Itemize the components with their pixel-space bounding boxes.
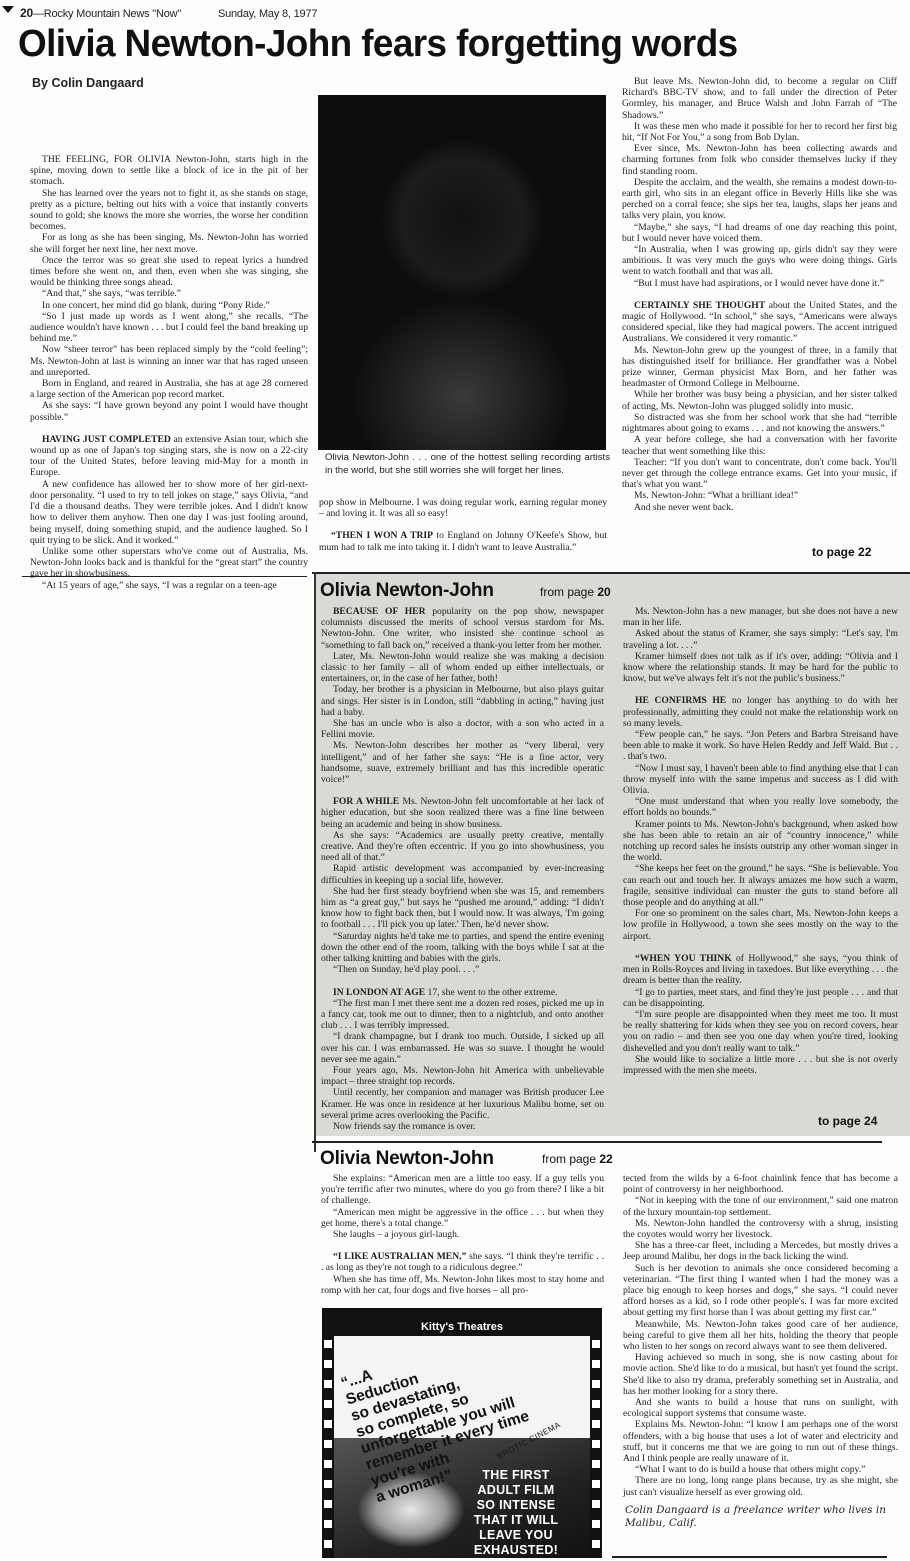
paragraph: Unlike some other superstars who've come…: [30, 546, 308, 580]
paragraph-text: Born in England, and reared in Australia…: [30, 378, 308, 400]
paragraph-text: Until recently, her companion and manage…: [321, 1087, 604, 1120]
paragraph: “In Australia, when I was growing up, gi…: [622, 244, 897, 278]
paragraph: Later, Ms. Newton-John would realize she…: [321, 651, 604, 685]
from-page-label: from page: [542, 1152, 596, 1166]
paragraph-text: “Maybe,” she says, “I had dreams of one …: [622, 222, 897, 244]
paragraph-text: “I go to parties, meet stars, and find t…: [623, 987, 898, 1009]
paragraph: “She keeps her feet on the ground,” he s…: [623, 863, 898, 908]
paragraph: THE FEELING, FOR OLIVIA Newton-John, sta…: [30, 154, 308, 188]
from-page-number: 20: [597, 585, 610, 599]
article-column-3: But leave Ms. Newton-John did, to become…: [622, 76, 897, 513]
paragraph-text: Ms. Newton-John handled the controversy …: [623, 1218, 898, 1240]
paragraph-text: “She keeps her feet on the ground,” he s…: [623, 863, 898, 908]
paragraph-text: When she has time off, Ms. Newton-John l…: [321, 1274, 604, 1296]
paragraph: Teacher: “If you don't want to concentra…: [622, 457, 897, 491]
issue-date: Sunday, May 8, 1977: [218, 8, 317, 20]
paragraph: When she has time off, Ms. Newton-John l…: [321, 1274, 604, 1296]
page-marker-icon: [2, 6, 14, 13]
paragraph: A new confidence has allowed her to show…: [30, 479, 308, 546]
paragraph-text: A year before college, she had a convers…: [622, 434, 897, 456]
paragraph: Today, her brother is a physician in Mel…: [321, 684, 604, 718]
paragraph-text: As she says: “I have grown beyond any po…: [30, 400, 308, 422]
paragraph: She would like to socialize a little mor…: [623, 1054, 898, 1076]
paragraph-text: Ms. Newton-John has a new manager, but s…: [623, 606, 898, 628]
paragraph: Meanwhile, Ms. Newton-John takes good ca…: [623, 1319, 898, 1353]
paragraph-text: Ms. Newton-John: “What a brilliant idea!…: [634, 490, 798, 501]
paragraph-text: “Saturday nights he'd take me to parties…: [321, 931, 604, 964]
continuation-2-right-column: tected from the wilds by a 6-foot chainl…: [623, 1173, 898, 1498]
paragraph: “Few people can,” he says. “Jon Peters a…: [623, 729, 898, 763]
paragraph-text: Unlike some other superstars who've come…: [30, 546, 308, 579]
paragraph: Until recently, her companion and manage…: [321, 1087, 604, 1121]
paragraph-text: “In Australia, when I was growing up, gi…: [622, 244, 897, 277]
sprocket-hole-icon: [324, 1480, 332, 1488]
paragraph: Ms. Newton-John grew up the youngest of …: [622, 345, 897, 390]
sprocket-hole-icon: [324, 1360, 332, 1368]
sprocket-hole-icon: [592, 1520, 600, 1528]
paragraph-text: “Not in keeping with the tone of our env…: [623, 1195, 898, 1217]
paragraph: She has learned over the years not to fi…: [30, 188, 308, 233]
paragraph: Rapid artistic development was accompani…: [321, 863, 604, 885]
paragraph-text: Meanwhile, Ms. Newton-John takes good ca…: [623, 1319, 898, 1352]
paragraph: As she says: “I have grown beyond any po…: [30, 400, 308, 422]
paragraph: “I go to parties, meet stars, and find t…: [623, 987, 898, 1009]
paragraph: “But I must have had aspirations, or I w…: [622, 278, 897, 289]
paragraph-text: “But I must have had aspirations, or I w…: [634, 278, 884, 289]
sprocket-hole-icon: [592, 1540, 600, 1548]
paragraph: And she wants to build a house that runs…: [623, 1397, 898, 1419]
paragraph-text: She had her first steady boyfriend when …: [321, 886, 604, 931]
paragraph: Ever since, Ms. Newton-John has been col…: [622, 143, 897, 177]
paragraph: “The first man I met there sent me a doz…: [321, 998, 604, 1032]
paragraph-text: Later, Ms. Newton-John would realize she…: [321, 651, 604, 684]
publication-name: Rocky Mountain News "Now": [44, 8, 181, 20]
paragraph-lead-in: “WHEN YOU THINK: [635, 953, 732, 964]
ad-slogan: THE FIRST ADULT FILM SO INTENSE THAT IT …: [456, 1468, 576, 1558]
paragraph: Having achieved so much in song, she is …: [623, 1352, 898, 1397]
paragraph: Asked about the status of Kramer, she sa…: [623, 628, 898, 650]
paragraph-text: “One must understand that when you reall…: [623, 796, 898, 818]
paragraph: While her brother was busy being a physi…: [622, 389, 897, 411]
jump-page-number: 24: [864, 1114, 877, 1128]
paragraph-text: She would like to socialize a little mor…: [623, 1054, 898, 1076]
page-number: 20: [20, 6, 33, 20]
paragraph-text: A new confidence has allowed her to show…: [30, 479, 308, 546]
paragraph-text: Now “sheer terror” has been replaced sim…: [30, 344, 308, 377]
paragraph-text: Explains Ms. Newton-John: “I know I am p…: [623, 1419, 898, 1464]
paragraph: “Maybe,” she says, “I had dreams of one …: [622, 222, 897, 244]
paragraph-text: Having achieved so much in song, she is …: [623, 1352, 898, 1397]
paragraph-text: “So I just made up words as I went along…: [30, 311, 308, 344]
paragraph: “Saturday nights he'd take me to parties…: [321, 931, 604, 965]
paragraph: “So I just made up words as I went along…: [30, 311, 308, 345]
paragraph-text: In one concert, her mind did go blank, d…: [42, 300, 270, 311]
continuation-1-head: Olivia Newton-John: [320, 580, 494, 602]
paragraph-text: And she never went back.: [634, 502, 733, 513]
sprocket-hole-icon: [592, 1420, 600, 1428]
paragraph: Ms. Newton-John describes her mother as …: [321, 740, 604, 785]
paragraph-text: tected from the wilds by a 6-foot chainl…: [623, 1173, 898, 1195]
paragraph-text: Asked about the status of Kramer, she sa…: [623, 628, 898, 650]
paragraph-lead-in: HE CONFIRMS HE: [635, 695, 726, 706]
paragraph: “And that,” she says, “was terrible.”: [30, 288, 308, 299]
paragraph: Despite the acclaim, and the wealth, she…: [622, 177, 897, 222]
paragraph: Such is her devotion to animals she once…: [623, 1263, 898, 1319]
paragraph-text: Kramer himself does not talk as if it's …: [623, 651, 898, 684]
paragraph: So distracted was she from her school wo…: [622, 412, 897, 434]
paragraph-text: Ms. Newton-John grew up the youngest of …: [622, 345, 897, 390]
sprocket-hole-icon: [324, 1460, 332, 1468]
paragraph: “WHEN YOU THINK of Hollywood,” she says,…: [623, 953, 898, 987]
paragraph: Kramer points to Ms. Newton-John's backg…: [623, 819, 898, 864]
sprocket-hole-icon: [324, 1400, 332, 1408]
paragraph-text: THE FEELING, FOR OLIVIA Newton-John, sta…: [30, 154, 308, 187]
paragraph: As she says: “Academics are usually pret…: [321, 830, 604, 864]
paragraph-text: Ms. Newton-John describes her mother as …: [321, 740, 604, 785]
paragraph: A year before college, she had a convers…: [622, 434, 897, 456]
paragraph-text: For one so prominent on the sales chart,…: [623, 908, 898, 941]
paragraph: CERTAINLY SHE THOUGHT about the United S…: [622, 300, 897, 345]
paragraph-text: Kramer points to Ms. Newton-John's backg…: [623, 819, 898, 864]
paragraph-text: “Now I must say, I haven't been able to …: [623, 763, 898, 796]
paragraph: She has an uncle who is also a doctor, w…: [321, 718, 604, 740]
paragraph: “I LIKE AUSTRALIAN MEN,” she says. “I th…: [321, 1251, 604, 1273]
paragraph: “I drank champagne, but I drank too much…: [321, 1031, 604, 1065]
photo-caption: Olivia Newton-John . . . one of the hott…: [325, 452, 610, 477]
paragraph: For one so prominent on the sales chart,…: [623, 908, 898, 942]
paragraph: She has a three-car fleet, including a M…: [623, 1240, 898, 1262]
sprocket-hole-icon: [592, 1360, 600, 1368]
paragraph-lead-in: CERTAINLY SHE THOUGHT: [634, 300, 765, 311]
jump-to-page-link[interactable]: to page 22: [812, 545, 871, 559]
paragraph-text: “I drank champagne, but I drank too much…: [321, 1031, 604, 1064]
author-tagline: Colin Dangaard is a freelance writer who…: [625, 1504, 895, 1530]
sprocket-hole-icon: [592, 1460, 600, 1468]
sprocket-hole-icon: [324, 1380, 332, 1388]
sprocket-hole-icon: [324, 1500, 332, 1508]
paragraph-text: Four years ago, Ms. Newton-John hit Amer…: [321, 1065, 604, 1087]
paragraph: For as long as she has been singing, Ms.…: [30, 232, 308, 254]
paragraph: Kramer himself does not talk as if it's …: [623, 651, 898, 685]
paragraph-lead-in: BECAUSE OF HER: [333, 606, 426, 617]
paragraph-text: “At 15 years of age,” she says, “I was a…: [42, 580, 277, 591]
sprocket-hole-icon: [324, 1540, 332, 1548]
paragraph-text: So distracted was she from her school wo…: [622, 412, 897, 434]
folio-dash: —: [33, 8, 44, 20]
paragraph: “Not in keeping with the tone of our env…: [623, 1195, 898, 1217]
paragraph: She laughs – a joyous girl-laugh.: [321, 1229, 604, 1240]
paragraph: “One must understand that when you reall…: [623, 796, 898, 818]
folio: 20—Rocky Mountain News "Now" Sunday, May…: [20, 6, 317, 20]
jump-page-number: 22: [858, 545, 871, 559]
bottom-rule: [612, 1556, 887, 1558]
paragraph: tected from the wilds by a 6-foot chainl…: [623, 1173, 898, 1195]
paragraph-text: And she wants to build a house that runs…: [623, 1397, 898, 1419]
paragraph-lead-in: FOR A WHILE: [333, 796, 399, 807]
paragraph: Ms. Newton-John handled the controversy …: [623, 1218, 898, 1240]
paragraph: She explains: “American men are a little…: [321, 1173, 604, 1207]
paragraph-text: 17, she went to the other extreme.: [425, 987, 557, 998]
paragraph-text: Such is her devotion to animals she once…: [623, 1263, 898, 1319]
paragraph: Four years ago, Ms. Newton-John hit Amer…: [321, 1065, 604, 1087]
paragraph: Ms. Newton-John has a new manager, but s…: [623, 606, 898, 628]
paragraph-lead-in: HAVING JUST COMPLETED: [42, 434, 171, 445]
paragraph-text: For as long as she has been singing, Ms.…: [30, 232, 308, 254]
paragraph-text: pop show in Melbourne. I was doing regul…: [319, 497, 607, 519]
sprocket-hole-icon: [324, 1440, 332, 1448]
paragraph: FOR A WHILE Ms. Newton-John felt uncomfo…: [321, 796, 604, 830]
paragraph: Once the terror was so great she used to…: [30, 255, 308, 289]
paragraph: But leave Ms. Newton-John did, to become…: [622, 76, 897, 121]
paragraph: In one concert, her mind did go blank, d…: [30, 300, 308, 311]
paragraph-text: She has learned over the years not to fi…: [30, 188, 308, 233]
paragraph: Explains Ms. Newton-John: “I know I am p…: [623, 1419, 898, 1464]
paragraph: It was these men who made it possible fo…: [622, 121, 897, 143]
paragraph: HAVING JUST COMPLETED an extensive Asian…: [30, 434, 308, 479]
from-page-label: from page: [540, 585, 594, 599]
paragraph-text: She has a three-car fleet, including a M…: [623, 1240, 898, 1262]
sprocket-hole-icon: [592, 1440, 600, 1448]
jump-label: to page: [818, 1114, 861, 1128]
section-divider-2: [312, 1141, 882, 1143]
ad-frame: Kitty's Theatres “...A Seduction so deva…: [334, 1318, 590, 1558]
sprocket-hole-icon: [592, 1500, 600, 1508]
sprocket-hole-icon: [324, 1520, 332, 1528]
continuation-1-right-column: Ms. Newton-John has a new manager, but s…: [623, 606, 898, 1076]
from-page-number: 22: [599, 1152, 612, 1166]
paragraph-text: She has an uncle who is also a doctor, w…: [321, 718, 604, 740]
from-page-marker-2: from page 22: [542, 1152, 613, 1166]
continuation-1-left-column: BECAUSE OF HER popularity on the pop sho…: [321, 606, 604, 1132]
paragraph: “American men might be aggressive in the…: [321, 1207, 604, 1229]
paragraph-text: Ever since, Ms. Newton-John has been col…: [622, 143, 897, 176]
paragraph-text: She laughs – a joyous girl-laugh.: [333, 1229, 459, 1240]
paragraph-text: Teacher: “If you don't want to concentra…: [622, 457, 897, 490]
paragraph-text: While her brother was busy being a physi…: [622, 389, 897, 411]
from-page-marker-1: from page 20: [540, 585, 611, 599]
sprocket-hole-icon: [324, 1340, 332, 1348]
paragraph-text: Today, her brother is a physician in Mel…: [321, 684, 604, 717]
paragraph-text: “I'm sure people are disappointed when t…: [623, 1009, 898, 1054]
paragraph-lead-in: “I LIKE AUSTRALIAN MEN,”: [333, 1251, 466, 1262]
paragraph: Ms. Newton-John: “What a brilliant idea!…: [622, 490, 897, 501]
paragraph: HE CONFIRMS HE no longer has anything to…: [623, 695, 898, 729]
paragraph-text: There are no long, long range plans beca…: [623, 1475, 898, 1497]
sprocket-hole-icon: [592, 1380, 600, 1388]
paragraph: “Now I must say, I haven't been able to …: [623, 763, 898, 797]
sprocket-hole-icon: [592, 1340, 600, 1348]
paragraph: “Then on Sunday, he'd play pool. . . .”: [321, 964, 604, 975]
jump-to-page-link-2[interactable]: to page 24: [818, 1114, 877, 1128]
sprocket-hole-icon: [592, 1480, 600, 1488]
paragraph: pop show in Melbourne. I was doing regul…: [319, 497, 607, 519]
paragraph: She had her first steady boyfriend when …: [321, 886, 604, 931]
paragraph: And she never went back.: [622, 502, 897, 513]
paragraph: There are no long, long range plans beca…: [623, 1475, 898, 1497]
paragraph-text: Once the terror was so great she used to…: [30, 255, 308, 288]
paragraph: Now friends say the romance is over.: [321, 1121, 604, 1132]
paragraph-text: “And that,” she says, “was terrible.”: [42, 288, 181, 299]
paragraph-text: Rapid artistic development was accompani…: [321, 863, 604, 885]
paragraph-text: “The first man I met there sent me a doz…: [321, 998, 604, 1031]
byline: By Colin Dangaard: [32, 76, 144, 90]
paragraph: “I'm sure people are disappointed when t…: [623, 1009, 898, 1054]
paragraph-text: “American men might be aggressive in the…: [321, 1207, 604, 1229]
paragraph-text: “Then on Sunday, he'd play pool. . . .”: [333, 964, 479, 975]
paragraph-text: It was these men who made it possible fo…: [622, 121, 897, 143]
paragraph-text: Now friends say the romance is over.: [333, 1121, 476, 1132]
sprocket-hole-icon: [592, 1400, 600, 1408]
paragraph-text: But leave Ms. Newton-John did, to become…: [622, 76, 897, 121]
paragraph: BECAUSE OF HER popularity on the pop sho…: [321, 606, 604, 651]
jump-label: to page: [812, 545, 855, 559]
paragraph: Born in England, and reared in Australia…: [30, 378, 308, 400]
paragraph-lead-in: “THEN I WON A TRIP: [331, 530, 433, 541]
paragraph: “At 15 years of age,” she says, “I was a…: [30, 580, 308, 591]
paragraph-text: Despite the acclaim, and the wealth, she…: [622, 177, 897, 222]
paragraph-text: “Few people can,” he says. “Jon Peters a…: [623, 729, 898, 762]
paragraph: Now “sheer terror” has been replaced sim…: [30, 344, 308, 378]
paragraph-lead-in: IN LONDON AT AGE: [333, 987, 425, 998]
paragraph: “THEN I WON A TRIP to England on Johnny …: [319, 530, 607, 552]
photo-portrait-icon: [318, 95, 606, 450]
paragraph-text: As she says: “Academics are usually pret…: [321, 830, 604, 863]
headline: Olivia Newton-John fears forgetting word…: [18, 24, 738, 64]
article-column-1: THE FEELING, FOR OLIVIA Newton-John, sta…: [30, 154, 308, 591]
sprocket-hole-icon: [324, 1420, 332, 1428]
article-column-2: pop show in Melbourne. I was doing regul…: [319, 497, 607, 553]
ad-brand: Kitty's: [421, 1321, 454, 1333]
column-divider: [22, 576, 307, 577]
kittys-theatres-advertisement: Kitty's Theatres “...A Seduction so deva…: [322, 1308, 602, 1558]
paragraph: “What I want to do is build a house that…: [623, 1464, 898, 1475]
paragraph-text: She explains: “American men are a little…: [321, 1173, 604, 1206]
paragraph-text: “What I want to do is build a house that…: [635, 1464, 865, 1475]
continuation-2-head: Olivia Newton-John: [320, 1148, 494, 1170]
continuation-2-left-column: She explains: “American men are a little…: [321, 1173, 604, 1296]
paragraph: IN LONDON AT AGE 17, she went to the oth…: [321, 987, 604, 998]
